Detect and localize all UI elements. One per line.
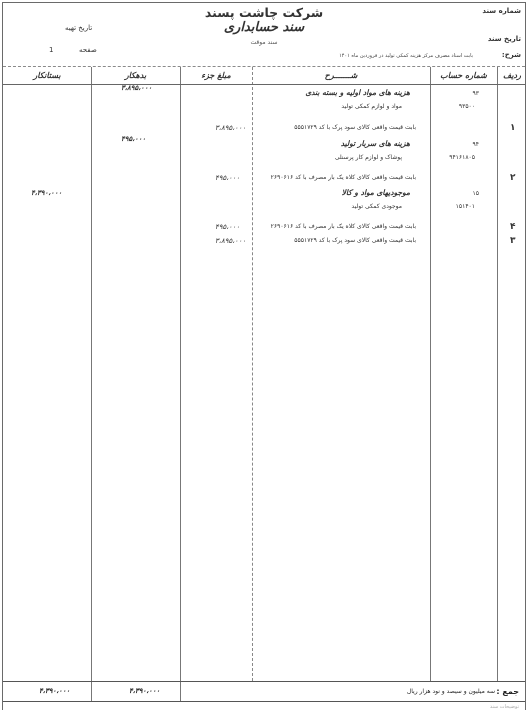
line-description: بابت قیمت واقعی کالای کلاه یک بار مصرف ب… [271,223,416,230]
line-description: بابت قیمت واقعی کالای سود پرک با کد ۵۵۵۱… [294,124,416,131]
total-debit: ۴،۳۹۰،۰۰۰ [129,687,160,695]
subaccount-code: ۹۳۵۰۰ [459,103,475,110]
total-in-words: سه میلیون و سیصد و نود هزار ریال [407,688,495,695]
col-divider [180,67,181,681]
header-description: بابت اسناد مصرف مرکز هزینه کمکی تولید در… [339,53,473,59]
subaccount-title: موجودی کمکی تولید [351,203,402,210]
document-status: سند موقت [3,39,525,46]
credit-amount: ۴،۳۹۰،۰۰۰ [31,189,62,197]
totals-row: جمع : سه میلیون و سیصد و نود هزار ریال ۴… [3,682,525,702]
line-description: بابت قیمت واقعی کالای سود پرک با کد ۵۵۵۱… [294,237,416,244]
col-divider [91,682,92,701]
subaccount-code: ۱۵۱۴۰۱ [456,203,475,210]
company-name: شرکت چاشت پسند [3,5,525,20]
col-partial: مبلغ جزء [180,67,252,85]
col-divider [430,67,431,681]
voucher-table: ردیف شماره حساب شـــــــرح مبلغ جزء بدهک… [3,67,525,682]
partial-amount: ۳،۸۹۵،۰۰۰ [215,237,246,245]
row-number: ۴ [510,222,516,232]
account-code: ۹۴ [473,141,479,148]
debit-amount: ۴۹۵،۰۰۰ [121,135,146,143]
table-header: ردیف شماره حساب شـــــــرح مبلغ جزء بدهک… [3,67,525,85]
row-number: ۲ [510,173,516,183]
page-label: صفحه [79,46,97,54]
line-description: بابت قیمت واقعی کالای کلاه یک بار مصرف ب… [271,174,416,181]
page-number: 1 [49,46,53,54]
account-code: ۱۵ [473,190,479,197]
account-code: ۹۳ [473,90,479,97]
partial-amount: ۴۹۵،۰۰۰ [215,174,240,182]
total-label: جمع : [496,687,519,696]
col-divider [497,67,498,681]
col-divider [91,67,92,681]
debit-amount: ۳،۸۹۵،۰۰۰ [121,84,152,92]
account-group-title: هزینه های مواد اولیه و بسته بندی [305,88,410,97]
col-debit: بدهکار [91,67,180,85]
col-divider [252,67,253,681]
total-credit: ۴،۳۹۰،۰۰۰ [39,687,70,695]
partial-amount: ۳،۸۹۵،۰۰۰ [215,124,246,132]
prep-date-label: تاریخ تهیه [65,24,92,32]
account-group-title: موجودیهای مواد و کالا [342,188,410,197]
col-account: شماره حساب [430,67,497,85]
subaccount-code: ۹۴۱۶۱۸۰۵ [449,154,475,161]
account-group-title: هزینه های سربار تولید [341,139,410,148]
col-divider [180,682,181,701]
partial-amount: ۴۹۵،۰۰۰ [215,223,240,231]
voucher-header: شرکت چاشت پسند سند حسابداری سند موقت شما… [3,3,525,67]
voucher-note: توضیحات سند [490,704,519,710]
subaccount-title: پوشاک و لوازم کار پرسنلی [335,154,402,161]
accounting-voucher: شرکت چاشت پسند سند حسابداری سند موقت شما… [2,2,526,710]
col-credit: بستانکار [3,67,91,85]
doc-date-label: تاریخ سند [488,35,521,43]
row-number: ۱ [510,123,516,133]
subaccount-title: مواد و لوازم کمکی تولید [341,103,402,110]
col-row: ردیف [497,67,527,85]
col-description: شـــــــرح [252,67,430,85]
doc-number-label: شماره سند [482,7,521,15]
description-label: شرح: [502,51,521,59]
row-number: ۳ [510,236,516,246]
